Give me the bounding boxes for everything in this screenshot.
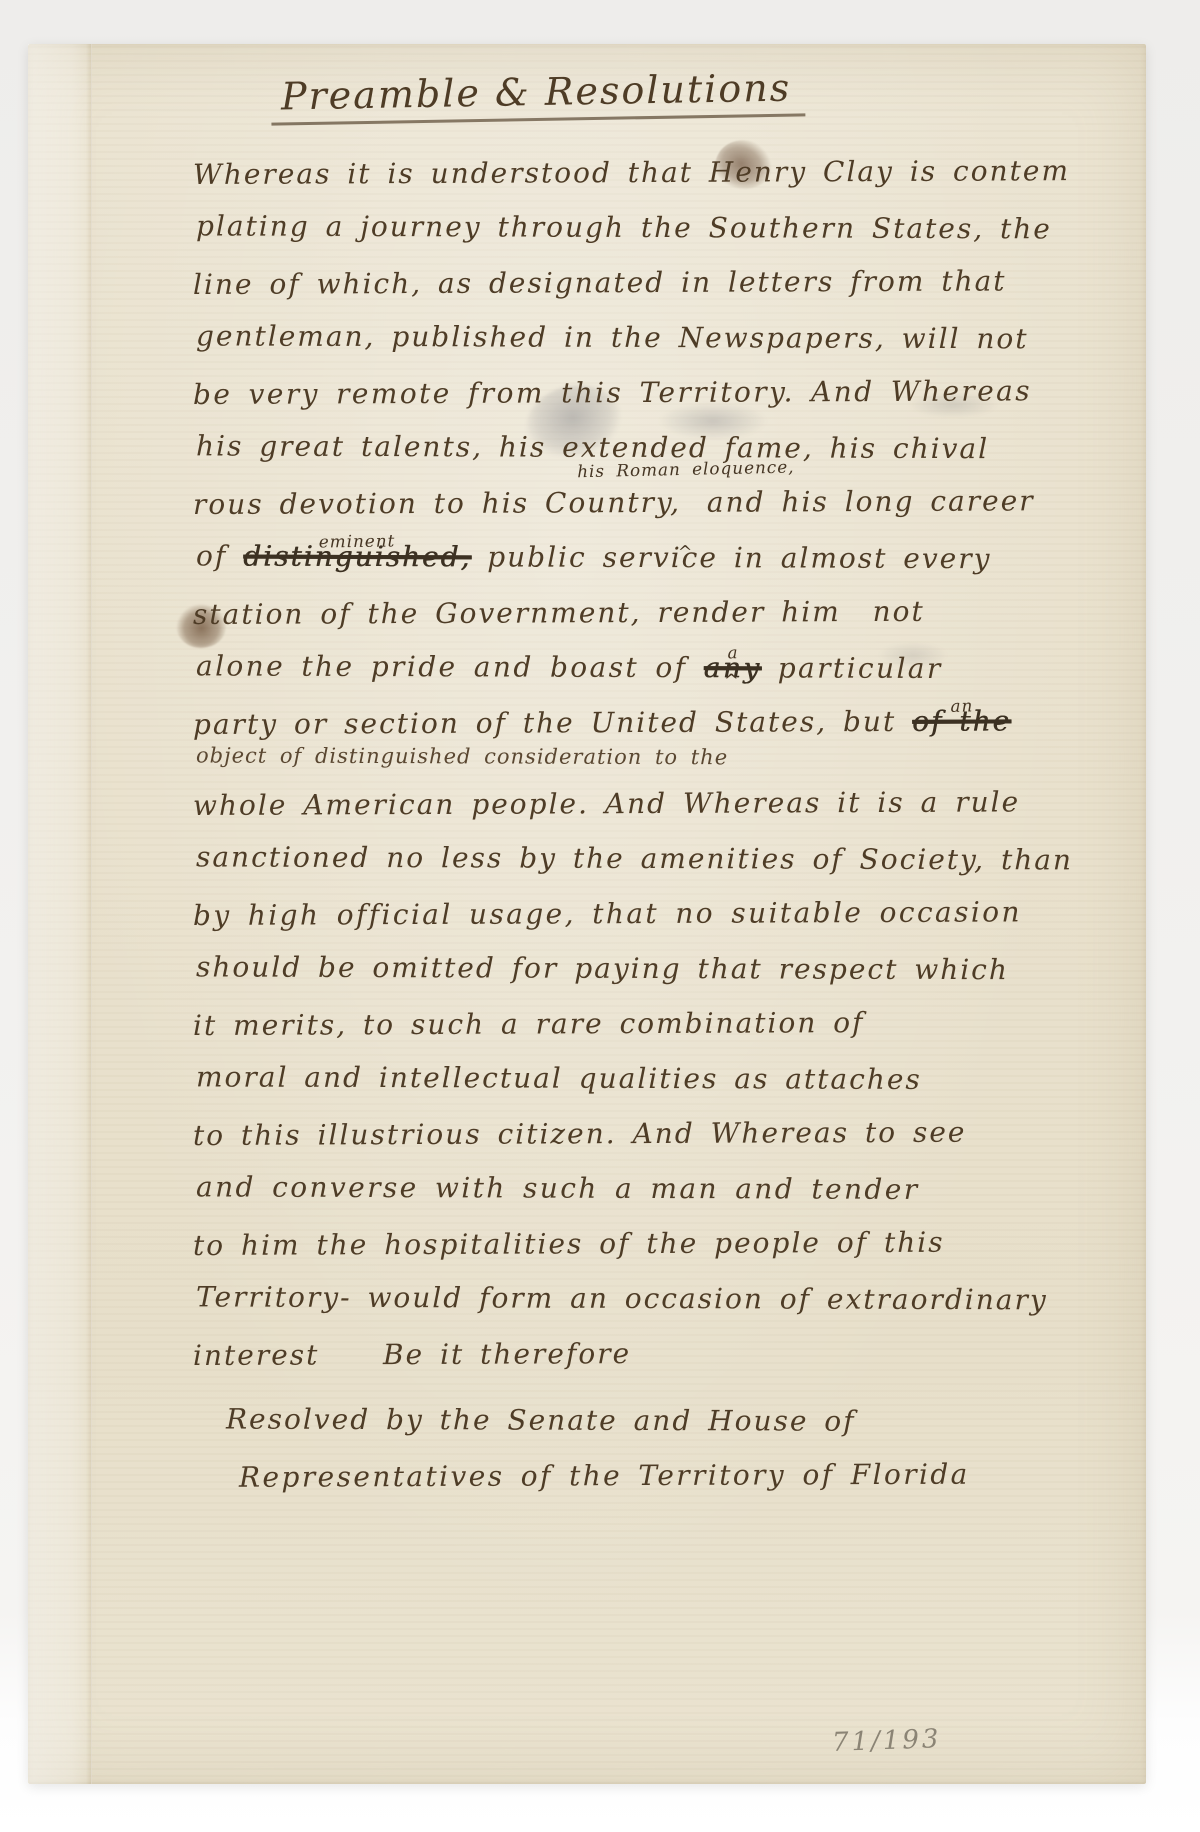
manuscript-page: Preamble & Resolutions Whereas it is und… — [28, 44, 1146, 1784]
manuscript-line: station of the Government, render him no… — [193, 583, 1108, 642]
handwritten-text: and converse with such a man and tender — [196, 1170, 920, 1206]
handwritten-text: particular — [761, 651, 942, 685]
manuscript-line: line of which, as designated in letters … — [193, 253, 1108, 312]
handwritten-text: of — [196, 539, 243, 572]
page-number: 71/193 — [831, 1724, 941, 1758]
manuscript-line: alone the pride and boast of aany^ parti… — [196, 638, 1111, 696]
handwritten-text: plating a journey through the Southern S… — [196, 209, 1052, 245]
handwritten-text: Whereas it is understood that Henry Clay… — [193, 154, 1070, 191]
manuscript-correction: anof the — [912, 693, 1011, 748]
manuscript-line: gentleman, published in the Newspapers, … — [196, 308, 1111, 366]
handwritten-text: be very remote from this Territory. And … — [193, 374, 1032, 411]
interlined-text: eminent — [319, 513, 396, 569]
handwritten-text: object of distinguished consideration to… — [196, 743, 728, 769]
manuscript-line: Resolved by the Senate and House of — [196, 1391, 1111, 1449]
manuscript-line: interest Be it therefore — [193, 1324, 1108, 1383]
manuscript-line: whole American people. And Whereas it is… — [193, 774, 1108, 833]
handwritten-text: whole American people. And Whereas it is… — [193, 785, 1020, 822]
manuscript-correction: aany^ — [704, 640, 762, 695]
manuscript-line: to this illustrious citizen. And Whereas… — [193, 1104, 1108, 1163]
handwritten-text: moral and intellectual qualities as atta… — [196, 1060, 922, 1096]
manuscript-line: sanctioned no less by the amenities of S… — [196, 829, 1111, 887]
handwritten-text: line of which, as designated in letters … — [193, 264, 1007, 301]
handwritten-text: by high official usage, that no suitable… — [193, 895, 1022, 932]
manuscript-line: object of distinguished consideration to… — [196, 740, 1111, 777]
manuscript-line: should be omitted for paying that respec… — [196, 939, 1111, 997]
handwritten-text: should be omitted for paying that respec… — [196, 950, 1009, 986]
manuscript-line: be very remote from this Territory. And … — [193, 363, 1108, 422]
manuscript-line: plating a journey through the Southern S… — [196, 198, 1111, 256]
manuscript-line: to him the hospitalities of the people o… — [193, 1214, 1108, 1273]
manuscript-line: it merits, to such a rare combination of — [193, 994, 1108, 1053]
interlined-text: his Roman eloquence, — [577, 439, 795, 499]
manuscript-line: by high official usage, that no suitable… — [193, 884, 1108, 943]
handwritten-text: gentleman, published in the Newspapers, … — [196, 319, 1029, 355]
handwritten-text: to him the hospitalities of the people o… — [193, 1226, 945, 1262]
manuscript-lines: Whereas it is understood that Henry Clay… — [193, 145, 1108, 1503]
handwritten-text: alone the pride and boast of — [196, 649, 704, 684]
manuscript-text: Preamble & Resolutions Whereas it is und… — [193, 70, 1108, 1503]
manuscript-line: Representatives of the Territory of Flor… — [193, 1446, 1108, 1505]
manuscript-line: moral and intellectual qualities as atta… — [196, 1049, 1111, 1107]
manuscript-correction: eminentdistinguished, — [243, 529, 471, 585]
paper-fold-edge — [28, 44, 92, 1784]
handwritten-text: public service in almost every — [471, 540, 991, 575]
manuscript-line: and converse with such a man and tender — [196, 1159, 1111, 1217]
handwritten-text: interest Be it therefore — [193, 1337, 631, 1372]
handwritten-text: sanctioned no less by the amenities of S… — [196, 840, 1073, 876]
handwritten-text: Territory- would form an occasion of ext… — [196, 1280, 1048, 1316]
handwritten-text: Representatives of the Territory of Flor… — [239, 1458, 970, 1494]
handwritten-text: it merits, to such a rare combination of — [193, 1006, 865, 1042]
document-title: Preamble & Resolutions — [271, 65, 806, 125]
handwritten-text: to this illustrious citizen. And Whereas… — [193, 1116, 967, 1152]
handwritten-text: Resolved by the Senate and House of — [226, 1403, 856, 1438]
manuscript-line: of eminentdistinguished, public service … — [196, 528, 1111, 586]
manuscript-line: Whereas it is understood that Henry Clay… — [193, 143, 1108, 202]
handwritten-text: station of the Government, render him no… — [193, 595, 925, 631]
manuscript-line: Territory- would form an occasion of ext… — [196, 1269, 1111, 1327]
handwritten-text: party or section of the United States, b… — [193, 705, 912, 741]
interlined-text: an — [949, 678, 973, 733]
